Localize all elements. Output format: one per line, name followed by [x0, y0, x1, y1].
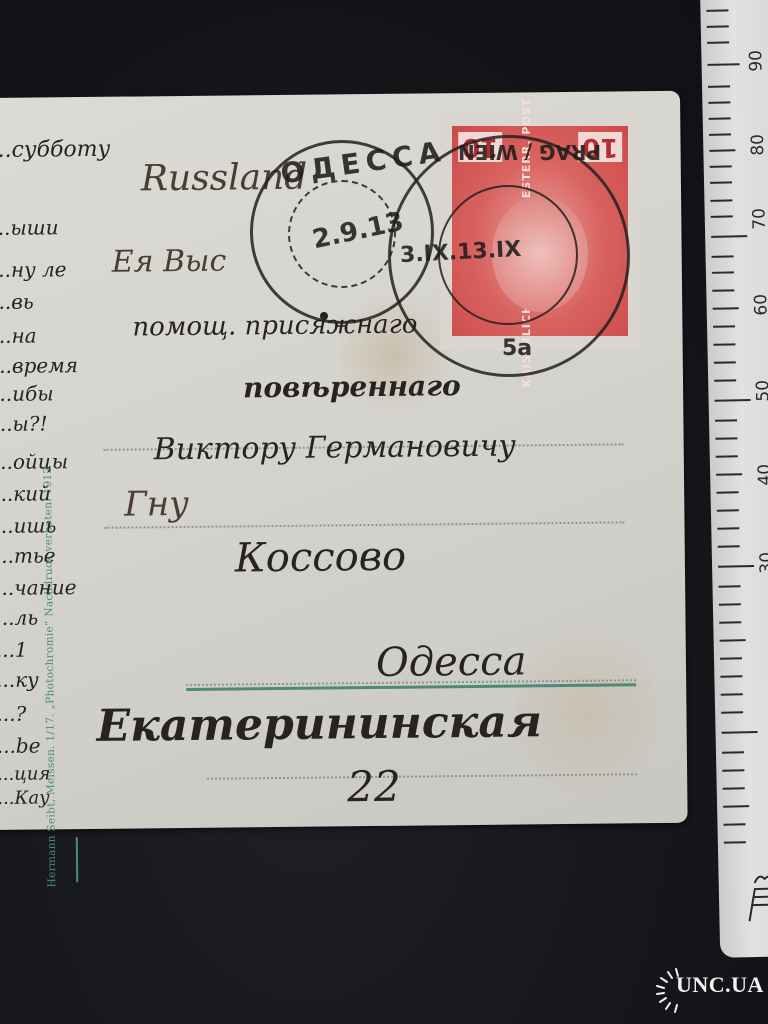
message-line: ...ыши — [0, 215, 59, 240]
watermark-text: UNC.UA — [676, 972, 764, 998]
message-line: ...ция — [0, 763, 50, 785]
message-line: ...чание — [0, 575, 77, 600]
address-house-number: 22 — [347, 762, 401, 812]
address-name: Виктору Германовичу — [154, 429, 517, 468]
ruler-label: 80 — [748, 134, 768, 156]
divider-line — [76, 837, 78, 882]
ruler-label: 30 — [757, 552, 768, 574]
message-line: ...ибы — [0, 381, 54, 406]
message-column: ...субботу ...ыши ...ну ле ...вь ...на .… — [0, 91, 680, 98]
message-line: ...1 — [0, 638, 28, 662]
ruler-label: 70 — [749, 208, 768, 230]
message-line: ...тье — [0, 543, 56, 568]
measuring-ruler: 90 80 70 60 50 40 30 — [700, 0, 768, 958]
message-line: ...на — [0, 324, 37, 348]
ruler-label: 60 — [751, 294, 768, 316]
austrian-postmark-city: PRAG / WIEN — [458, 140, 601, 164]
address-title-2: повѣреннаго — [243, 369, 461, 404]
message-line: ...вь — [0, 290, 34, 314]
ruler-label: 40 — [755, 464, 768, 486]
message-line: ...? — [0, 702, 26, 726]
message-line: ...субботу — [0, 137, 110, 163]
ruler-label: 90 — [746, 50, 766, 72]
address-city: Одесса — [376, 638, 527, 686]
address-street: Екатерининская — [96, 696, 542, 752]
message-line: ...ы?! — [0, 411, 48, 436]
message-line: ...ишь — [0, 513, 56, 538]
address-surname: Косcово — [235, 534, 407, 582]
watermark: UNC.UA — [654, 964, 766, 1014]
message-line: ...ну ле — [0, 257, 67, 282]
message-line: ...время — [0, 353, 78, 378]
message-line: ...ль — [0, 606, 38, 630]
message-line: ...ку — [0, 668, 39, 692]
austrian-postmark-code: 5a — [502, 336, 532, 361]
ruler-label: 50 — [753, 380, 768, 402]
odessa-postmark-star — [320, 312, 328, 320]
address-honorific: Ея Выс — [112, 244, 227, 280]
message-line: ...кий — [0, 481, 51, 506]
address-prefix: Гну — [124, 484, 189, 525]
address-block: Russland Ея Выс помощ. присяжнаго повѣре… — [0, 91, 680, 98]
photo-scene: Hermann Seibt, Meissen. 1/17. „Photochro… — [0, 0, 768, 1024]
message-line: ...ойцы — [0, 449, 68, 474]
message-line: ...Кау — [0, 787, 50, 809]
ruler-logo-icon — [744, 869, 768, 930]
message-line: ...be — [0, 734, 41, 758]
